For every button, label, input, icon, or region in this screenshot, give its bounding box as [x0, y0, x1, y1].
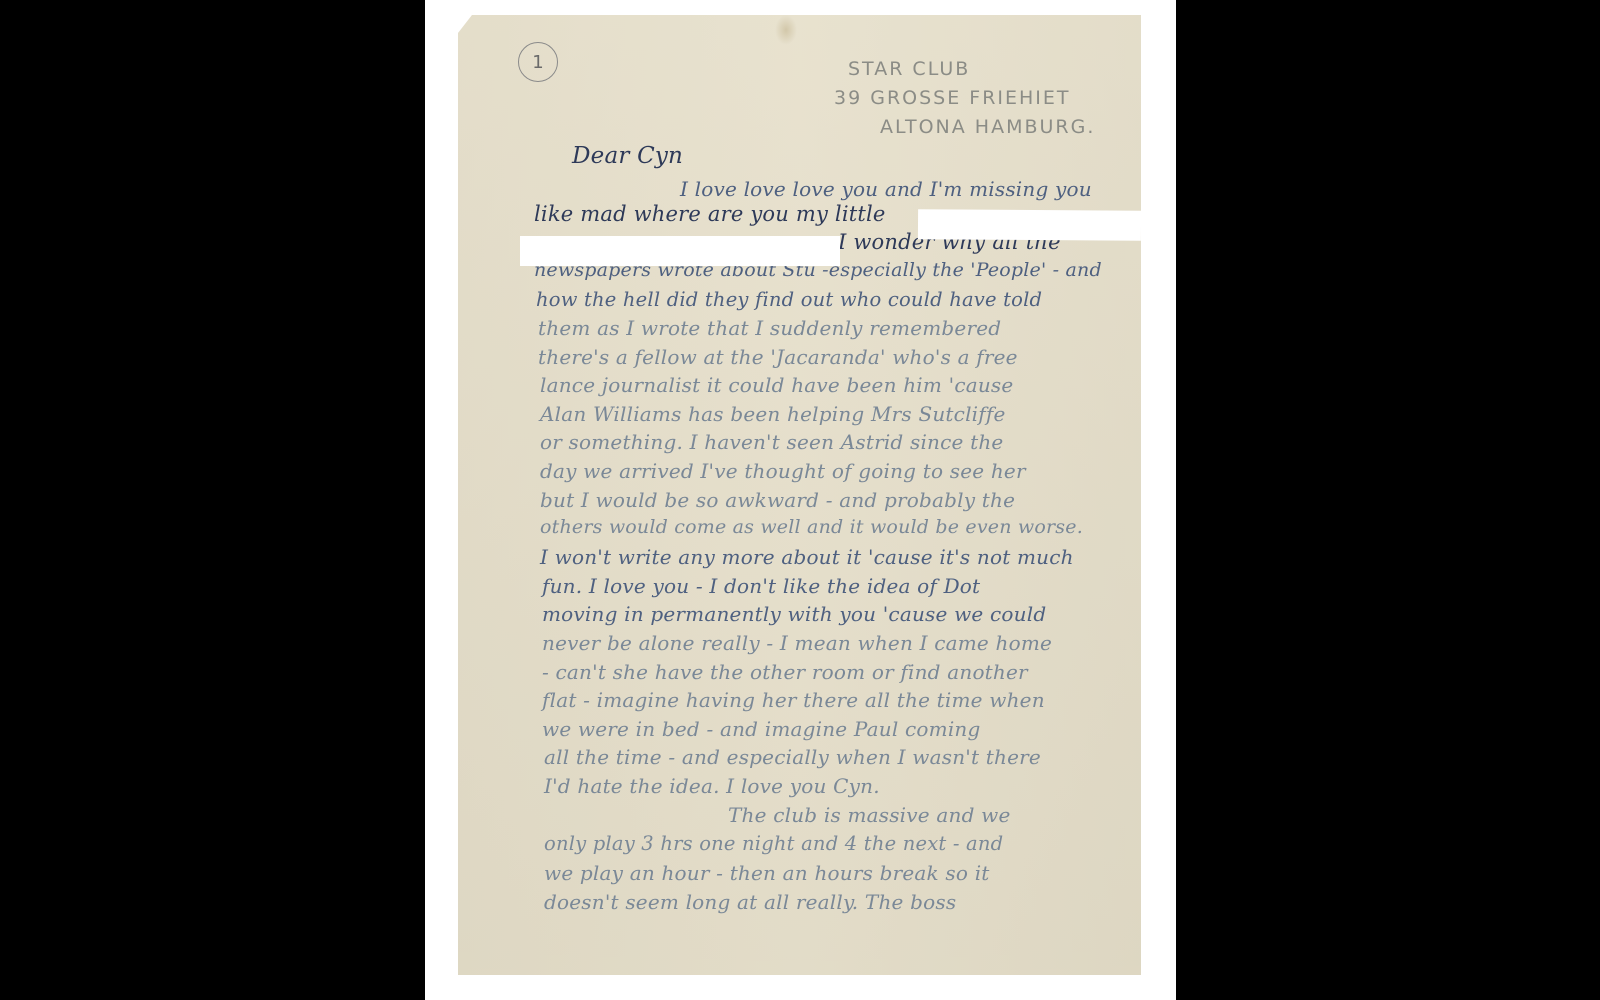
- page-number-circle: 1: [518, 42, 558, 82]
- letter-line: day we arrived I've thought of going to …: [540, 459, 1026, 483]
- letter-line: lance journalist it could have been him …: [540, 373, 1013, 397]
- letter-line: never be alone really - I mean when I ca…: [542, 631, 1052, 655]
- letter-line: fun. I love you - I don't like the idea …: [542, 574, 980, 598]
- page-number: 1: [532, 52, 543, 73]
- letter-line: flat - imagine having her there all the …: [542, 688, 1045, 712]
- letter-line: but I would be so awkward - and probably…: [540, 488, 1015, 512]
- address-line-2: 39 GROSSE FRIEHIET: [834, 87, 1071, 109]
- letter-line: I'd hate the idea. I love you Cyn.: [544, 774, 880, 798]
- letter-line: - can't she have the other room or find …: [542, 660, 1028, 684]
- letter-line: The club is massive and we: [728, 803, 1011, 827]
- redaction-box: [918, 209, 1141, 241]
- address-line-1: STAR CLUB: [848, 58, 970, 80]
- salutation: Dear Cyn: [572, 143, 683, 169]
- letter-line: them as I wrote that I suddenly remember…: [538, 316, 1001, 340]
- letter-line: there's a fellow at the 'Jacaranda' who'…: [538, 345, 1018, 369]
- letter-line: all the time - and especially when I was…: [544, 745, 1041, 769]
- letter-line: we play an hour - then an hours break so…: [544, 861, 990, 885]
- letter-line: Alan Williams has been helping Mrs Sutcl…: [540, 402, 1006, 426]
- letter-line: how the hell did they find out who could…: [536, 288, 1042, 311]
- letter-line: I won't write any more about it 'cause i…: [540, 545, 1074, 569]
- letter-line: moving in permanently with you 'cause we…: [542, 602, 1046, 626]
- redaction-box: [520, 236, 840, 266]
- letter-line: we were in bed - and imagine Paul coming: [542, 717, 981, 741]
- letter-line: others would come as well and it would b…: [540, 516, 1083, 538]
- letter-line: only play 3 hrs one night and 4 the next…: [544, 832, 1003, 855]
- letter-line: I love love love you and I'm missing you: [680, 177, 1092, 201]
- letter-line: doesn't seem long at all really. The bos…: [544, 890, 956, 914]
- letter-line: like mad where are you my little: [534, 202, 886, 226]
- paper-tear-mark: [775, 15, 797, 45]
- letter-line: or something. I haven't seen Astrid sinc…: [540, 430, 1003, 454]
- address-line-3: ALTONA HAMBURG.: [880, 116, 1095, 138]
